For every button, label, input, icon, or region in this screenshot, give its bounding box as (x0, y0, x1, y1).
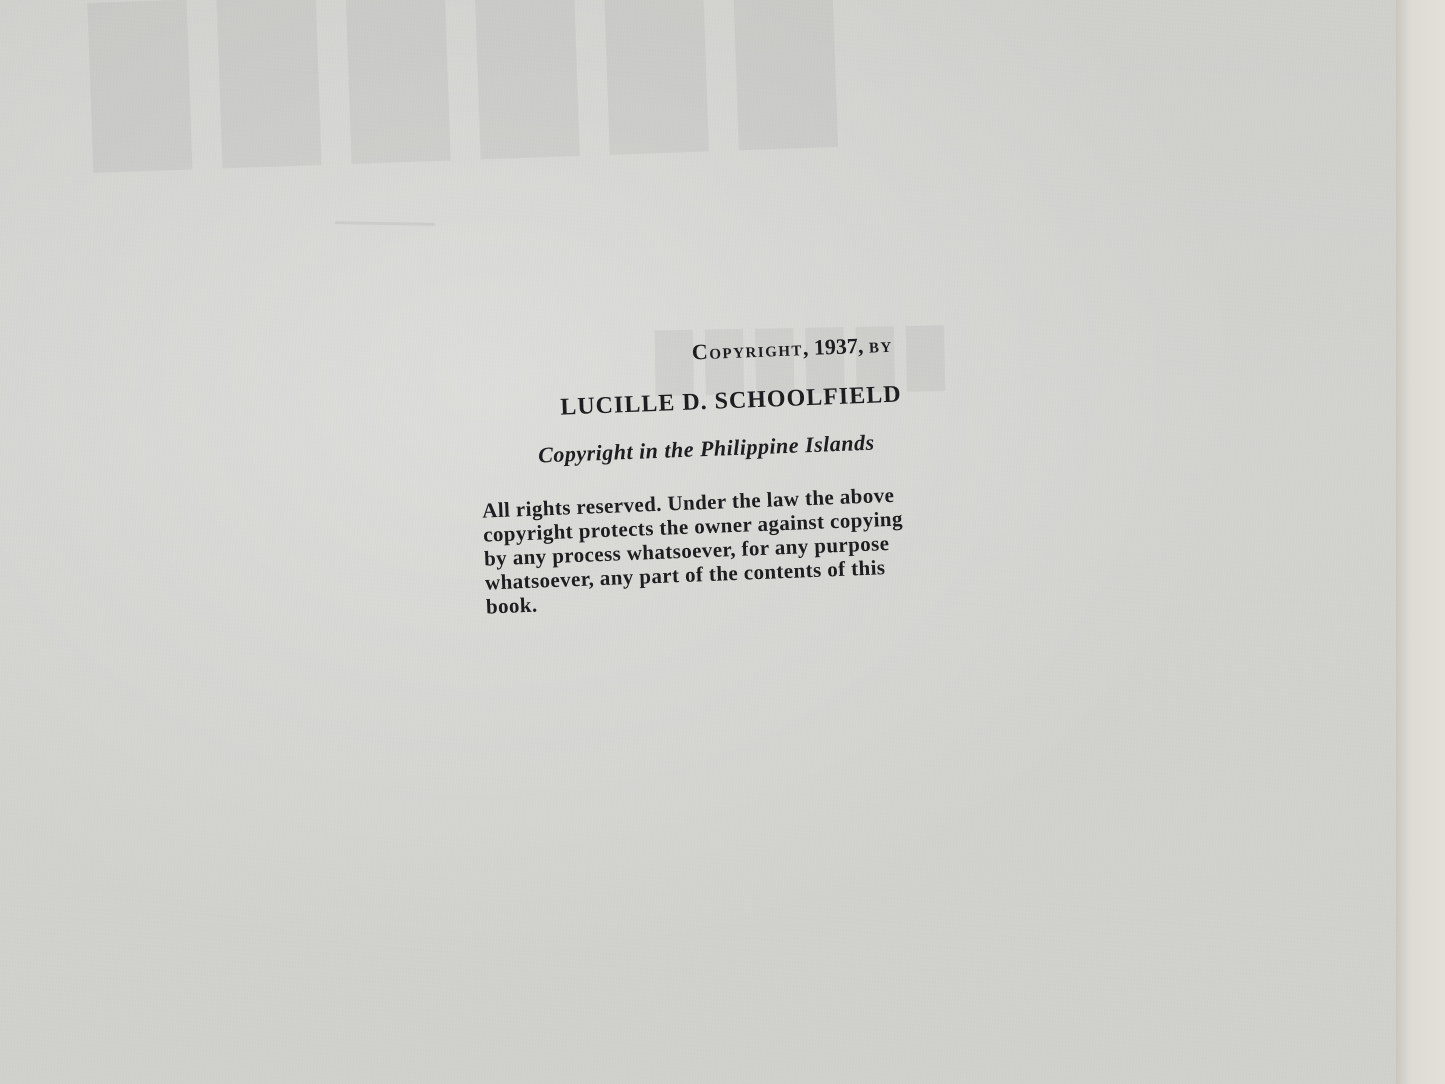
rights-statement: All rights reserved. Under the law the a… (482, 477, 1041, 618)
copyright-year: 1937 (813, 333, 858, 360)
adjacent-page-edge (1396, 0, 1445, 1084)
show-through-rule (335, 221, 435, 226)
book-page: ██████ ██████ Copyright, 1937, by LUCILL… (0, 0, 1396, 1084)
jurisdiction-note: Copyright in the Philippine Islands (538, 423, 1035, 468)
copyright-suffix: by (868, 332, 893, 358)
show-through-title: ██████ (87, 0, 867, 164)
copyright-notice: Copyright, 1937, by (622, 329, 963, 368)
photo-scene: ██████ ██████ Copyright, 1937, by LUCILL… (0, 0, 1445, 1084)
copyright-prefix: Copyright (691, 335, 803, 364)
copyright-block: Copyright, 1937, by LUCILLE D. SCHOOLFIE… (470, 327, 1040, 619)
author-name: LUCILLE D. SCHOOLFIELD (560, 376, 1033, 421)
